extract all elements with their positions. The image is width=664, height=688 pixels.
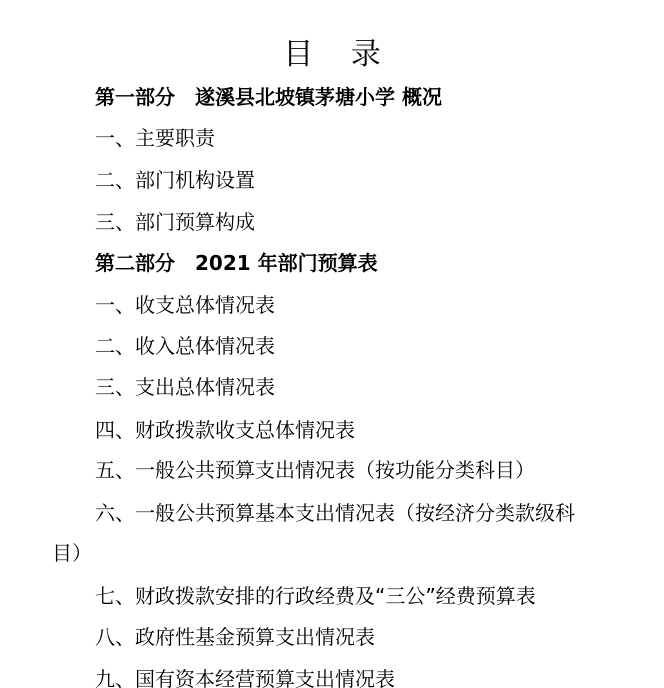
toc-item-state-capital-budget[interactable]: 九、国有资本经营预算支出情况表 <box>95 666 395 688</box>
toc-part1-heading[interactable]: 第一部分 遂溪县北坡镇茅塘小学 概况 <box>95 84 442 110</box>
toc-item-fiscal-allocation-overview[interactable]: 四、财政拨款收支总体情况表 <box>95 417 355 443</box>
toc-item-expense-overview[interactable]: 三、支出总体情况表 <box>95 374 275 400</box>
toc-item-gov-fund-budget[interactable]: 八、政府性基金预算支出情况表 <box>95 624 375 650</box>
toc-item-general-basic-budget-by-economic[interactable]: 六、一般公共预算基本支出情况表（按经济分类款级科 <box>95 500 575 526</box>
toc-item-general-basic-budget-by-economic-cont[interactable]: 目） <box>52 540 92 566</box>
toc-item-admin-three-public-expenses[interactable]: 七、财政拨款安排的行政经费及“三公”经费预算表 <box>95 583 536 609</box>
toc-item-income-expense-overview[interactable]: 一、收支总体情况表 <box>95 292 275 318</box>
toc-item-budget-composition[interactable]: 三、部门预算构成 <box>95 209 255 235</box>
toc-item-main-duties[interactable]: 一、主要职责 <box>95 125 215 151</box>
toc-part2-heading[interactable]: 第二部分 2021 年部门预算表 <box>95 250 378 276</box>
toc-item-org-structure[interactable]: 二、部门机构设置 <box>95 167 255 193</box>
toc-item-income-overview[interactable]: 二、收入总体情况表 <box>95 333 275 359</box>
page-title: 目 录 <box>0 36 664 74</box>
toc-item-general-budget-by-function[interactable]: 五、一般公共预算支出情况表（按功能分类科目） <box>95 457 535 483</box>
